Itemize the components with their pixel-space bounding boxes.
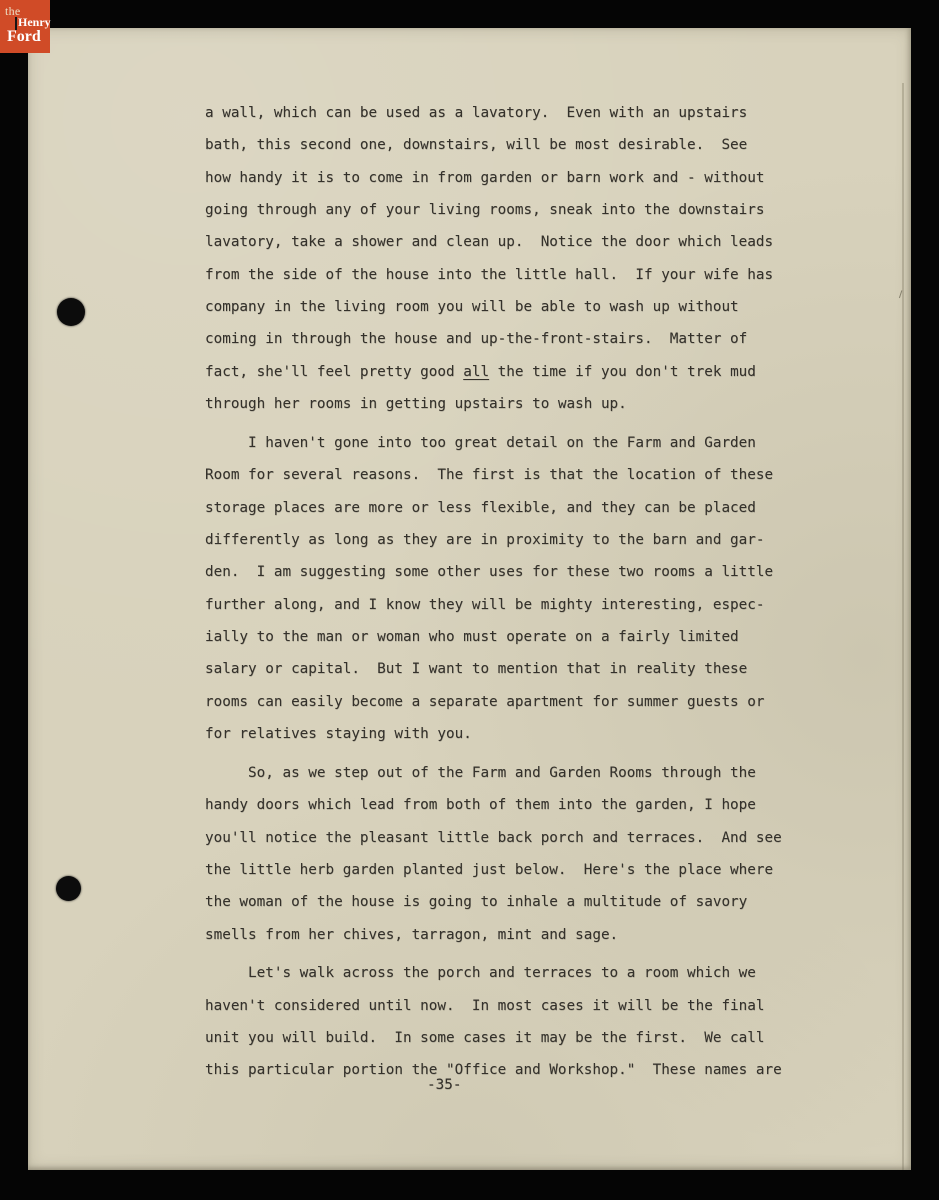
text-line: going through any of your living rooms, … (205, 194, 782, 226)
paragraph: So, as we step out of the Farm and Garde… (205, 757, 782, 951)
text-line: Room for several reasons. The first is t… (205, 459, 782, 491)
text-line: ially to the man or woman who must opera… (205, 621, 782, 653)
paragraph: I haven't gone into too great detail on … (205, 427, 782, 750)
text-line: handy doors which lead from both of them… (205, 789, 782, 821)
text-line: how handy it is to come in from garden o… (205, 162, 782, 194)
text-line: lavatory, take a shower and clean up. No… (205, 226, 782, 258)
text-line: the woman of the house is going to inhal… (205, 886, 782, 918)
page-number: -35- (427, 1077, 461, 1093)
text-line: you'll notice the pleasant little back p… (205, 822, 782, 854)
text-line: a wall, which can be used as a lavatory.… (205, 97, 782, 129)
text-line: So, as we step out of the Farm and Garde… (205, 757, 782, 789)
paragraph: Let's walk across the porch and terraces… (205, 957, 782, 1086)
text-line: Let's walk across the porch and terraces… (205, 957, 782, 989)
text-line: rooms can easily become a separate apart… (205, 686, 782, 718)
text-line: salary or capital. But I want to mention… (205, 653, 782, 685)
scan-viewer: { "scan": { "background_color": "#050505… (0, 0, 939, 1200)
text-line: storage places are more or less flexible… (205, 492, 782, 524)
text-line: this particular portion the "Office and … (205, 1054, 782, 1086)
text-line: unit you will build. In some cases it ma… (205, 1022, 782, 1054)
text-line: for relatives staying with you. (205, 718, 782, 750)
text-line: fact, she'll feel pretty good all the ti… (205, 356, 782, 388)
text-line: coming in through the house and up-the-f… (205, 323, 782, 355)
henry-ford-logo: the Henry Ford (0, 0, 50, 53)
sheet-edge-line (902, 83, 904, 1170)
text-line: company in the living room you will be a… (205, 291, 782, 323)
paragraph: a wall, which can be used as a lavatory.… (205, 97, 782, 420)
text-line: from the side of the house into the litt… (205, 259, 782, 291)
text-line: differently as long as they are in proxi… (205, 524, 782, 556)
text-line: further along, and I know they will be m… (205, 589, 782, 621)
text-line: the little herb garden planted just belo… (205, 854, 782, 886)
text-line: bath, this second one, downstairs, will … (205, 129, 782, 161)
text-line: den. I am suggesting some other uses for… (205, 556, 782, 588)
text-line: I haven't gone into too great detail on … (205, 427, 782, 459)
punch-hole-bottom (56, 876, 81, 901)
punch-hole-top (57, 298, 85, 326)
text-line: smells from her chives, tarragon, mint a… (205, 919, 782, 951)
logo-text-ford: Ford (7, 28, 41, 46)
text-line: haven't considered until now. In most ca… (205, 990, 782, 1022)
text-line: through her rooms in getting upstairs to… (205, 388, 782, 420)
pencil-stray-mark (899, 290, 907, 299)
typed-text: a wall, which can be used as a lavatory.… (205, 97, 782, 1093)
